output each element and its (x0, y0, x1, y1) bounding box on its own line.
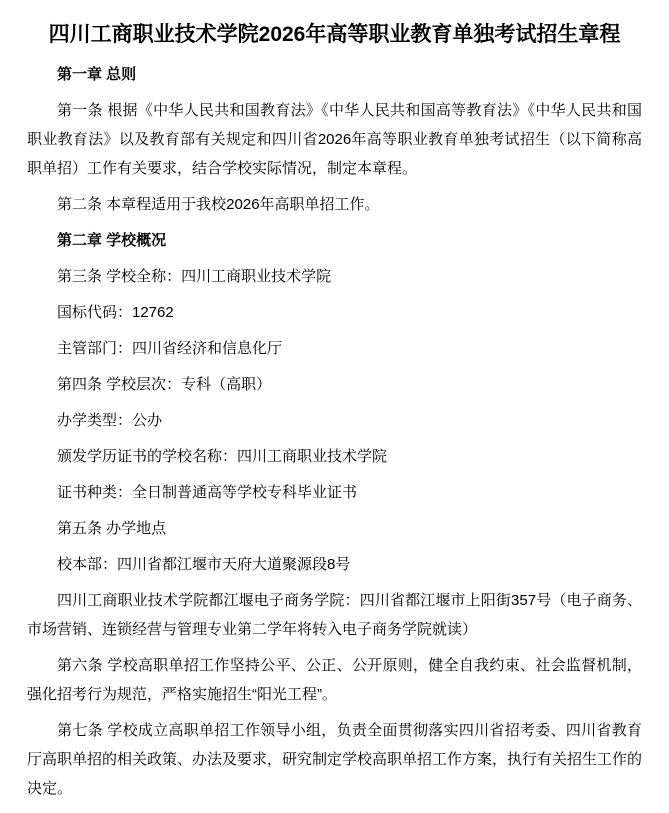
article-2-paragraph: 第二条 本章程适用于我校2026年高职单招工作。 (27, 190, 642, 219)
section-chapter-1: 第一章 总则 第一条 根据《中华人民共和国教育法》《中华人民共和国高等教育法》《… (27, 60, 642, 219)
article-1-paragraph: 第一条 根据《中华人民共和国教育法》《中华人民共和国高等教育法》《中华人民共和国… (27, 96, 642, 183)
document-page: 四川工商职业技术学院2026年高等职业教育单独考试招生章程 第一章 总则 第一条… (0, 0, 669, 813)
diploma-school-name-line: 颁发学历证书的学校名称：四川工商职业技术学院 (27, 442, 642, 471)
article-3-school-name: 第三条 学校全称：四川工商职业技术学院 (27, 262, 642, 291)
supervising-department-line: 主管部门：四川省经济和信息化厅 (27, 334, 642, 363)
document-title: 四川工商职业技术学院2026年高等职业教育单独考试招生章程 (27, 20, 642, 50)
article-6-paragraph: 第六条 学校高职单招工作坚持公平、公正、公开原则，健全自我约束、社会监督机制，强… (27, 651, 642, 709)
article-7-paragraph: 第七条 学校成立高职单招工作领导小组，负责全面贯彻落实四川省招考委、四川省教育厅… (27, 716, 642, 803)
ecommerce-campus-address-line: 四川工商职业技术学院都江堰电子商务学院：四川省都江堰市上阳街357号（电子商务、… (27, 586, 642, 644)
school-type-line: 办学类型：公办 (27, 406, 642, 435)
chapter-2-heading: 第二章 学校概况 (27, 226, 642, 255)
national-code-line: 国标代码：12762 (27, 298, 642, 327)
chapter-1-heading: 第一章 总则 (27, 60, 642, 89)
main-campus-address-line: 校本部：四川省都江堰市天府大道聚源段8号 (27, 550, 642, 579)
certificate-type-line: 证书种类：全日制普通高等学校专科毕业证书 (27, 478, 642, 507)
article-4-school-level: 第四条 学校层次：专科（高职） (27, 370, 642, 399)
article-5-location-heading: 第五条 办学地点 (27, 514, 642, 543)
section-chapter-2: 第二章 学校概况 第三条 学校全称：四川工商职业技术学院 国标代码：12762 … (27, 226, 642, 803)
